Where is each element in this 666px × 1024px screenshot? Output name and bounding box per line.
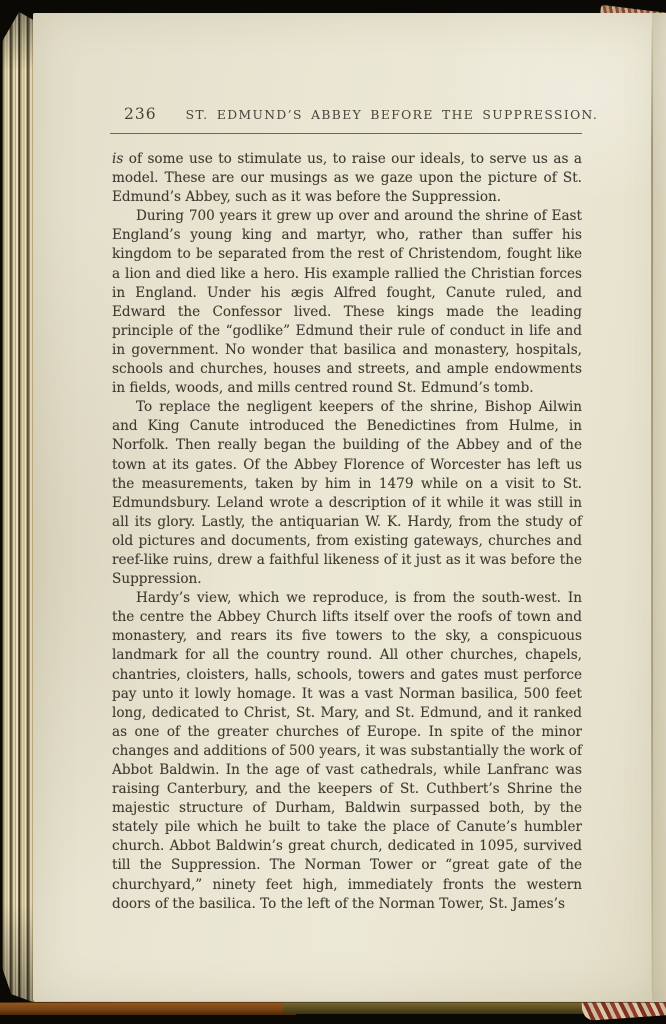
book-page: 236 ST. EDMUND’S ABBEY BEFORE THE SUPPRE…	[33, 13, 666, 1001]
running-head: ST. EDMUND’S ABBEY BEFORE THE SUPPRESSIO…	[186, 108, 599, 122]
page-edges-left	[2, 12, 33, 1002]
gutter-shade	[652, 13, 666, 1001]
paragraph-2: During 700 years it grew up over and aro…	[112, 207, 582, 398]
paragraph-1-text: of some use to stimulate us, to raise ou…	[112, 151, 582, 205]
text-block: is of some use to stimulate us, to raise…	[112, 150, 582, 914]
page-number: 236	[124, 105, 157, 123]
header-rule	[110, 133, 582, 134]
paragraph-4: Hardy’s view, which we reproduce, is fro…	[112, 589, 582, 914]
book-scan: 236 ST. EDMUND’S ABBEY BEFORE THE SUPPRE…	[0, 0, 666, 1024]
paragraph-3: To replace the negligent keepers of the …	[112, 398, 582, 589]
paragraph-1: is of some use to stimulate us, to raise…	[112, 150, 582, 207]
page-header: 236 ST. EDMUND’S ABBEY BEFORE THE SUPPRE…	[112, 105, 584, 123]
italic-lead-word: is	[112, 151, 123, 167]
book-cover-strip-left	[0, 1001, 305, 1015]
gutter-crease	[651, 27, 653, 993]
